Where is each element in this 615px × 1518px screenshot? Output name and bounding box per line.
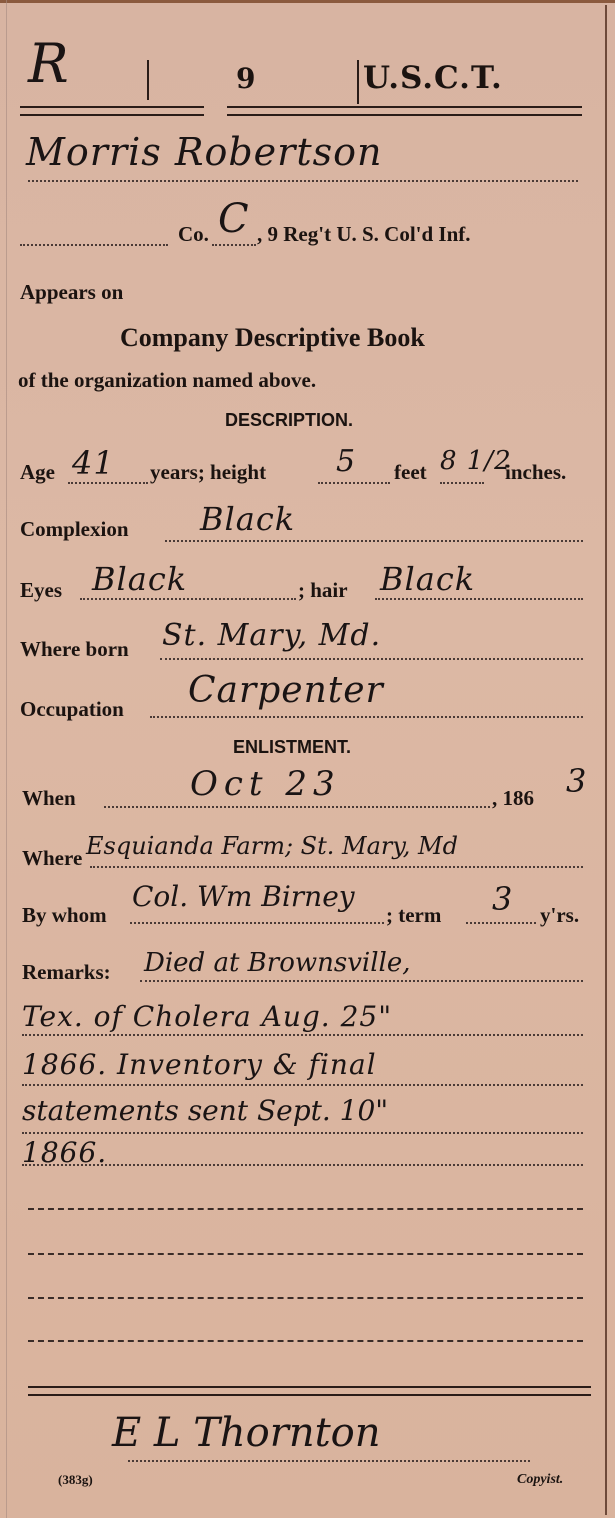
height-feet-value: 5 (336, 444, 356, 479)
year-prefix: , 186 (492, 786, 534, 811)
eyes-label: Eyes (20, 578, 62, 603)
hair-line (375, 598, 583, 600)
organization-line: of the organization named above. (18, 368, 316, 393)
company-lead-line (20, 244, 168, 246)
term-line (466, 922, 536, 924)
by-whom-value: Col. Wm Birney (132, 880, 355, 913)
term-value: 3 (492, 880, 513, 918)
copyist-signature: E L Thornton (112, 1410, 381, 1456)
remarks-text-4: statements sent Sept. 10" (22, 1094, 388, 1127)
remarks-line-3 (22, 1084, 583, 1086)
card-top-edge (0, 0, 615, 3)
service-record-card: R 9 U.S.C.T. Morris Robertson Co. C , 9 … (0, 0, 615, 1518)
term-unit: y'rs. (540, 903, 579, 928)
where-born-line (160, 658, 583, 660)
height-inches-value: 8 1/2 (440, 446, 512, 476)
footer-rule (28, 1386, 591, 1396)
age-label: Age (20, 460, 55, 485)
complexion-value: Black (200, 500, 295, 538)
blank-line-1 (28, 1208, 583, 1210)
eyes-line (80, 598, 296, 600)
remarks-label: Remarks: (22, 960, 111, 985)
regiment-line: , 9 Reg't U. S. Col'd Inf. (257, 222, 471, 247)
form-number: (383g) (58, 1472, 93, 1488)
remarks-text-1: Died at Brownsville, (144, 948, 411, 978)
inches-label: inches. (505, 460, 566, 485)
header-regiment-number: 9 (236, 62, 255, 95)
blank-line-3 (28, 1297, 583, 1299)
name-line (28, 180, 578, 182)
header-unit: U.S.C.T. (363, 60, 503, 96)
years-height-label: years; height (150, 460, 266, 485)
where-line (90, 866, 583, 868)
when-value: Oct 23 (190, 764, 341, 804)
eyes-value: Black (92, 560, 187, 598)
company-letter: C (218, 196, 250, 242)
description-heading: DESCRIPTION. (225, 410, 353, 431)
hair-label: ; hair (298, 578, 348, 603)
occupation-line (150, 716, 583, 718)
book-title: Company Descriptive Book (120, 323, 425, 353)
company-line (212, 244, 256, 246)
feet-line (318, 482, 390, 484)
header-divider-1 (147, 60, 149, 100)
header-divider-2 (357, 60, 359, 104)
complexion-label: Complexion (20, 517, 129, 542)
when-line (104, 806, 490, 808)
signature-line (128, 1460, 530, 1462)
year-suffix: 3 (566, 762, 587, 800)
appears-on: Appears on (20, 280, 123, 305)
age-line (68, 482, 148, 484)
remarks-text-3: 1866. Inventory & final (22, 1048, 377, 1081)
header-rule-left (20, 106, 204, 116)
blank-line-4 (28, 1340, 583, 1342)
age-value: 41 (72, 444, 115, 482)
company-prefix: Co. (178, 222, 209, 247)
soldier-name: Morris Robertson (26, 130, 382, 174)
enlistment-heading: ENLISTMENT. (233, 737, 351, 758)
copyist-label: Copyist. (517, 1472, 563, 1488)
where-born-value: St. Mary, Md. (162, 618, 381, 653)
remarks-line-2 (22, 1034, 583, 1036)
remarks-text-5: 1866. (22, 1136, 107, 1169)
remarks-line-1 (140, 980, 583, 982)
header-rule-right (227, 106, 582, 116)
by-whom-line (130, 922, 384, 924)
complexion-line (165, 540, 583, 542)
occupation-label: Occupation (20, 697, 124, 722)
feet-label: feet (394, 460, 427, 485)
inches-line (440, 482, 484, 484)
occupation-value: Carpenter (188, 670, 384, 711)
remarks-text-2: Tex. of Cholera Aug. 25" (22, 1000, 392, 1033)
blank-line-2 (28, 1253, 583, 1255)
where-value: Esquianda Farm; St. Mary, Md (86, 832, 458, 860)
hair-value: Black (380, 560, 475, 598)
card-left-edge (6, 0, 7, 1518)
where-born-label: Where born (20, 637, 129, 662)
when-label: When (22, 786, 76, 811)
remarks-line-4 (22, 1132, 583, 1134)
term-label: ; term (386, 903, 441, 928)
by-whom-label: By whom (22, 903, 107, 928)
where-label: Where (22, 846, 82, 871)
header-initial: R (28, 34, 70, 94)
card-right-edge (605, 5, 607, 1515)
